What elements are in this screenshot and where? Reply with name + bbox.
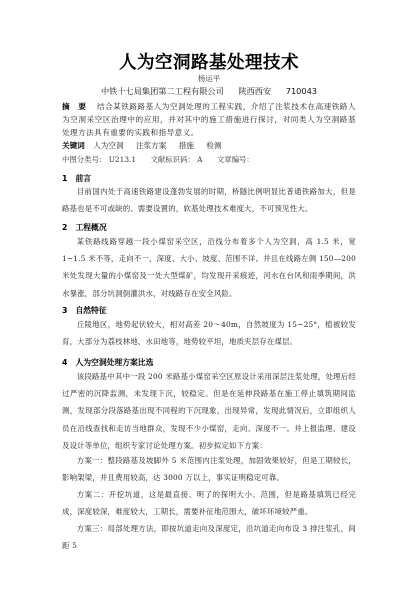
keywords: 关键词 人为空洞 注浆方案 措施 检测 bbox=[62, 140, 356, 151]
section-2-paragraph: 某铁路线路穿越一段小煤窑采空区，沿线分布着多个人为空洞，高 1.5 米，宽 1~… bbox=[62, 233, 356, 302]
keywords-label: 关键词 bbox=[62, 141, 85, 150]
classification: 中图分类号： U213.1 文献标识码： A 文章编号： bbox=[62, 154, 356, 165]
article-number: 文章编号： bbox=[217, 155, 254, 164]
document-title: 人为空洞路基处理技术 bbox=[62, 49, 356, 74]
keyword: 人为空洞 bbox=[93, 141, 123, 150]
author: 杨运平 bbox=[62, 73, 356, 84]
keyword: 检测 bbox=[206, 141, 221, 150]
affiliation-org: 中铁十七局集团第二工程有限公司 bbox=[101, 86, 224, 96]
document-code: 文献标识码： A bbox=[150, 155, 202, 164]
section-heading-4: 4人为空洞处理方案比选 bbox=[62, 357, 153, 368]
scheme-1-paragraph: 方案一：整段路基及坡脚外 5 米范围内注浆处理，加固效果较好，但是工期较长，影响… bbox=[62, 452, 356, 486]
abstract: 摘 要结合某铁路路基人为空洞处理的工程实践，介绍了注浆技术在高速铁路人为空洞采空… bbox=[62, 100, 356, 139]
section-3-paragraph: 丘陵地区，地势起伏较大，相对高差 20～40m，自然坡度为 15~25°，植被较… bbox=[62, 316, 356, 350]
scheme-3-paragraph: 方案三：局部处理方法，即按坑道走向及深度定，沿坑道走向布设 3 排注浆孔，间距 … bbox=[62, 520, 356, 554]
section-heading-2: 2工程概况 bbox=[62, 222, 107, 233]
section-4-paragraph: 该段路基中其中一段 200 米路基小煤窑采空区原设计采用深层注浆处理，处理后经过… bbox=[62, 368, 356, 454]
affiliation-zip: 710043 bbox=[286, 86, 317, 96]
abstract-label: 摘 要 bbox=[62, 102, 89, 111]
section-heading-3: 3自然特征 bbox=[62, 305, 107, 316]
affiliation: 中铁十七局集团第二工程有限公司 陕西西安 710043 bbox=[62, 86, 356, 97]
section-1-paragraph: 目前国内处于高速铁路建设蓬勃发展的时期，桥隧比例明显比普通铁路加大，但是路基也是… bbox=[62, 183, 356, 217]
scheme-2-paragraph: 方案二：开挖坑道，这是最直接、明了的探明大小、范围，但是路基填筑已经完成，深度较… bbox=[62, 486, 356, 520]
affiliation-place: 陕西西安 bbox=[238, 86, 271, 96]
keyword: 措施 bbox=[179, 141, 194, 150]
keyword: 注浆方案 bbox=[136, 141, 166, 150]
clc-number: 中图分类号： U213.1 bbox=[62, 155, 136, 164]
abstract-text: 结合某铁路路基人为空洞处理的工程实践，介绍了注浆技术在高速铁路人为空洞采空区治理… bbox=[62, 102, 356, 137]
